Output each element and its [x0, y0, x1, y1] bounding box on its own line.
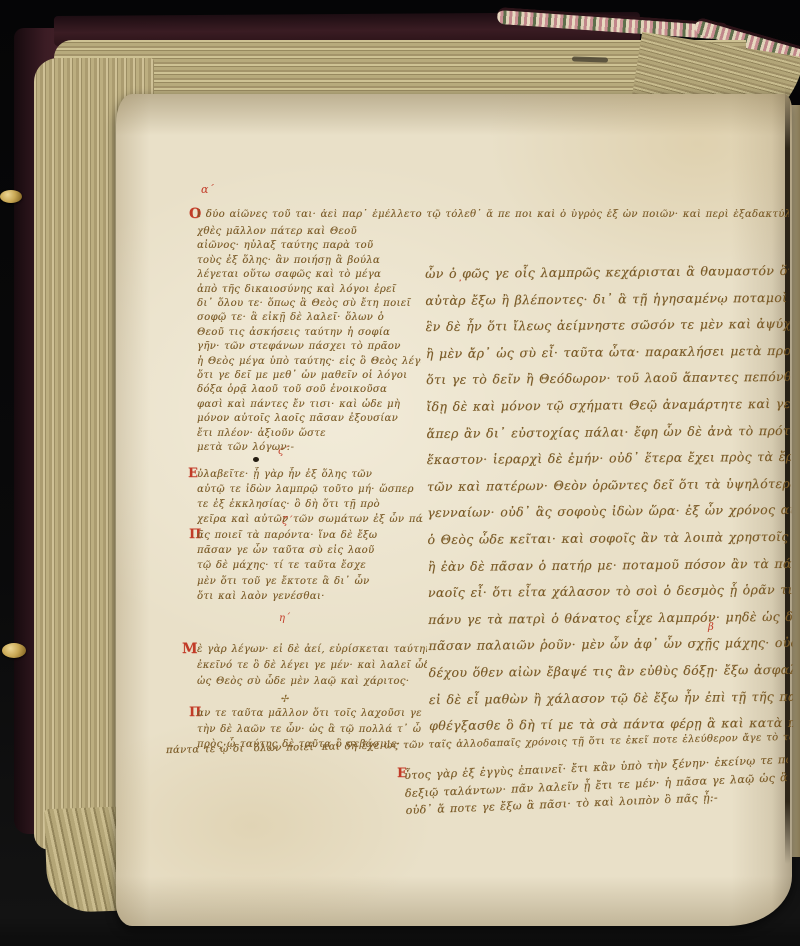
left-column-paragraph: ὐλαβεῖτε· ᾗ γὰρ ἦν ἐξ ὅλης τῶναὐτῷ τε ἰδ… [197, 467, 423, 527]
text-line: φασὶ καὶ πάντες ἔν τισι· καὶ ὧδε μὴ [197, 398, 421, 412]
text-line: ὲ γὰρ λέγων· εἰ δὲ ἀεί, εὑρίσκεται ταύτη… [197, 642, 427, 658]
text-line: ἕκαστον· ἱεραρχὶ δὲ ἐμήν· οὐδ᾽ ἕτερα ἔχε… [427, 444, 791, 474]
text-line: σοφῷ τε· ἃ εἰκῇ δὲ λαλεῖ· ὅλων ὁ [197, 311, 421, 325]
left-column-paragraph: ὲ γὰρ λέγων· εἰ δὲ ἀεί, εὑρίσκεται ταύτη… [197, 642, 427, 690]
text-line: ᾶς ποιεῖ τὰ παρόντα· ἵνα δὲ ἔξω [197, 528, 423, 543]
text-line: ἐκεῖνό τε ὃ δὲ λέγει γε μέν· καὶ λαλεῖ ὧ… [197, 658, 427, 674]
margin-mark: η΄ [279, 613, 290, 624]
text-line: ἀπὸ τῆς δικαιοσύνης καὶ λόγοι ἐρεῖ [197, 283, 421, 297]
text-line: γῆν· τῶν στεφάνων πάσχει τὸ πρᾶον [197, 340, 421, 354]
text-line: ὡς Θεὸς σὺ ὧδε μὲν λαῷ καὶ χάριτος· [197, 674, 427, 690]
right-column: ὧν ὁ φῶς γε οἷς λαμπρῶς κεχάρισται ἃ θαυ… [425, 258, 793, 740]
text-line: λέγεται οὕτω σαφῶς καὶ τὸ μέγα [197, 268, 421, 282]
text-line: πάνυ γε τὰ πατρὶ ὁ θάνατος εἶχε λαμπρόν·… [428, 604, 792, 634]
rubric-initial: Μ [182, 641, 198, 657]
text-line: ἢ ἐὰν δὲ πᾶσαν ὁ πατήρ με· ποταμοῦ πόσον… [428, 550, 792, 580]
text-line: μετὰ τῶν λόγων:- [197, 441, 421, 455]
text-line: αἰῶνος· ηὗλαξ ταύτης παρὰ τοῦ [197, 239, 421, 253]
text-line: τῷ δὲ μάχης· τί τε ταῦτα ἔσχε [197, 558, 423, 573]
left-column-paragraph: χθὲς μᾶλλον πάτερ καὶ Θεοῦαἰῶνος· ηὗλαξ … [197, 225, 421, 456]
text-line: χεῖρα καὶ αὐτῶν τῶν σωμάτων ἐξ ὧν πάλαι· [197, 512, 423, 527]
ink-blob [253, 457, 259, 462]
text-line: ὁ Θεὸς ὧδε κεῖται· καὶ σοφοῖς ἂν τὰ λοιπ… [427, 524, 791, 554]
manuscript-photo: α΄ Ο Ε Π Μ Π Ε ϛ΄ ζ΄ η΄ ✢ ᾽ β ἱ δύο αἰῶν… [0, 0, 800, 946]
text-line: δέχου ὅθεν αἰὼν ἔβαψέ τις ἂν εὐθὺς δόξῃ·… [428, 657, 792, 687]
text-line: δι᾽ ὅλου τε· ὅπως ἃ Θεὸς σὺ ἔτη ποιεῖ [197, 297, 421, 311]
clasp-pin [0, 190, 22, 203]
text-line: εἰ δὲ εἶ μαθὼν ἢ χάλασον τῷ δὲ ἔξω ἦν ἐπ… [429, 683, 793, 713]
text-line: τῶν καὶ πατέρων· Θεὸν ὁρῶντες δεῖ ὅτι τὰ… [427, 471, 791, 501]
text-line: ἢ μὲν ἄρ᾽ ὡς σὺ εἶ· ταῦτα ὦτα· παρακλήσε… [426, 338, 790, 368]
text-line: μὲν ὅτι τοῦ γε ἔκτοτε ἃ δι᾽ ὧν [197, 574, 423, 589]
text-line: ἓν δὲ ἦν ὅτι ἴλεως ἀείμνηστε σῶσόν τε μὲ… [425, 311, 789, 341]
left-column-first-line: ἱ δύο αἰῶνες τοῦ ται· ἀεὶ παρ᾽ ἐμέλλετο … [197, 209, 789, 220]
text-line: ὅτι καὶ λαὸν γενέσθαι· [197, 589, 423, 604]
text-line: ἔτι πλέον· ἀξιοῦν ὥστε [197, 427, 421, 441]
text-line: χθὲς μᾶλλον πάτερ καὶ Θεοῦ [197, 225, 421, 239]
clasp-pin [2, 643, 26, 658]
text-line: ὅτι γε δεῖ με μεθ᾽ ὧν μαθεῖν οἱ λόγοι [197, 369, 421, 383]
text-line: αὐτῷ τε ἰδὼν λαμπρῷ τοῦτο μή· ὥσπερ [197, 482, 423, 497]
text-line: ἴδῃ δὲ καὶ μόνον τῷ σχήματι Θεῷ ἀναμάρτη… [426, 391, 790, 421]
text-line: ἡ Θεὸς μέγα ὑπὸ ταύτης· εἰς ὃ Θεὸς λέγει [197, 355, 421, 369]
margin-mark: ✢ [280, 694, 288, 705]
text-line: ναοῖς εἶ· ὅτι εἶτα χάλασον τὸ σοὶ ὁ δεσμ… [428, 577, 792, 607]
text-line: γενναίων· οὐδ᾽ ἃς σοφοὺς ἰδὼν ὥρα· ἐξ ὧν… [427, 497, 791, 527]
text-line: ὅτι γε τὸ δεῖν ἢ Θεόδωρον· τοῦ λαοῦ ἅπαν… [426, 364, 790, 394]
text-line: ὧν ὁ φῶς γε οἷς λαμπρῶς κεχάρισται ἃ θαυ… [425, 258, 789, 288]
text-line: ἅπερ ἂν δι᾽ εὐστοχίας πάλαι· ἔφη ὧν δὲ ἀ… [426, 417, 790, 447]
quire-mark: α΄ [201, 183, 214, 196]
text-line: πᾶσαν παλαιῶν ῥοῦν· μὲν ὧν ἀφ᾽ ὧν σχῇς μ… [428, 630, 792, 660]
text-line: πᾶσαν γε ὧν ταῦτα σὺ εἰς λαοῦ [197, 543, 423, 558]
text-line: δόξα ὁρᾷ λαοῦ τοῦ σοῦ ἐνοικοῦσα [197, 383, 421, 397]
text-line: τε ἐξ ἐκκλησίας· ὃ δὴ ὅτι τῇ πρὸ [197, 497, 423, 512]
text-line: αὐτὰρ ἔξω ἢ βλέποντες· δι᾽ ἃ τῇ ἡγησαμέν… [425, 284, 789, 314]
text-line: τοὺς ἐξ ὅλης· ἂν ποιήσῃ ἃ βούλα [197, 254, 421, 268]
text-line: αν τε ταῦτα μᾶλλον ὅτι τοῖς λαχοῦσι γε [197, 706, 423, 722]
text-line: τὴν δὲ λαῶν τε ὧν· ὡς ἃ τῷ πολλά τ᾽ ὦ [197, 722, 423, 738]
text-line: Θεοῦ τις ἀσκήσεις ταύτην ἡ σοφία [197, 326, 421, 340]
text-line: ὐλαβεῖτε· ᾗ γὰρ ἦν ἐξ ὅλης τῶν [197, 467, 423, 482]
text-line: μόνον αὐτοῖς λαοῖς πᾶσαν ἐξουσίαν [197, 412, 421, 426]
left-column-paragraph: ᾶς ποιεῖ τὰ παρόντα· ἵνα δὲ ἔξωπᾶσαν γε … [197, 528, 423, 604]
